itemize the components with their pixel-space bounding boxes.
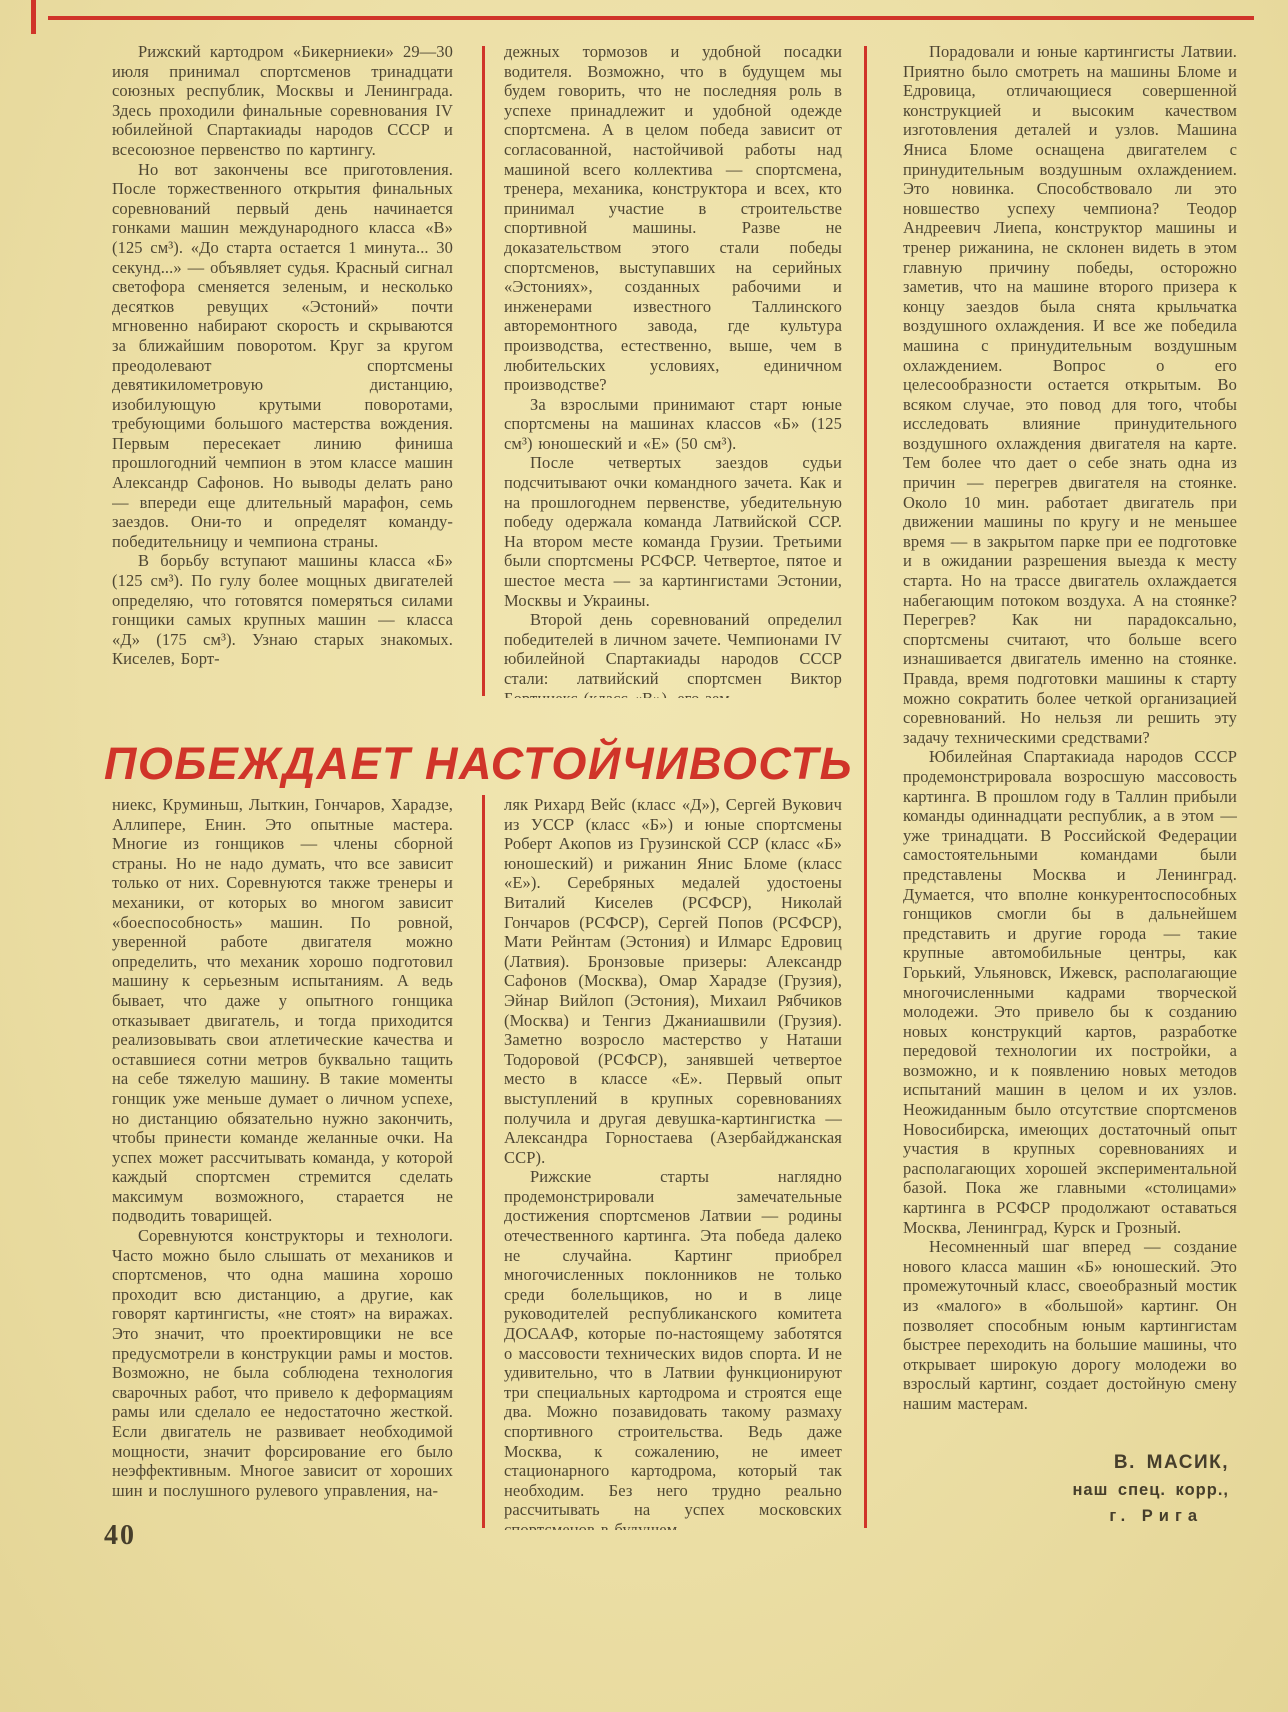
- article-paragraph: дежных тормозов и удобной посадки водите…: [504, 42, 842, 395]
- author-name: В. МАСИК,: [903, 1452, 1229, 1474]
- article-paragraph: За взрослыми принимают старт юные спортс…: [504, 395, 842, 454]
- article-paragraph: Соревнуются конструкторы и технологи. Ча…: [112, 1226, 453, 1500]
- column-2-top: дежных тормозов и удобной посадки водите…: [504, 42, 842, 698]
- article-headline: ПОБЕЖДАЕТ НАСТОЙЧИВОСТЬ: [104, 738, 844, 790]
- column-divider: [482, 795, 485, 1528]
- page-number: 40: [104, 1520, 136, 1552]
- magazine-page: Рижский картодром «Бикерниеки» 29—30 июл…: [0, 0, 1288, 1712]
- article-paragraph: Несомненный шаг вперед — создание нового…: [903, 1237, 1237, 1413]
- column-1-bottom: ниекс, Круминьш, Лыткин, Гончаров, Харад…: [112, 795, 453, 1509]
- author-role: наш спец. корр.,: [903, 1481, 1229, 1500]
- top-rule: [48, 16, 1254, 20]
- article-paragraph: Но вот закончены все приготовления. Посл…: [112, 160, 453, 552]
- article-paragraph: В борьбу вступают машины класса «Б» (125…: [112, 551, 453, 669]
- article-paragraph: Порадовали и юные картингисты Латвии. Пр…: [903, 42, 1237, 747]
- article-paragraph: Юбилейная Спартакиада народов СССР проде…: [903, 747, 1237, 1237]
- article-paragraph: После четвертых заездов судьи подсчитыва…: [504, 453, 842, 610]
- author-city: г. Рига: [903, 1507, 1229, 1526]
- article-paragraph: ниекс, Круминьш, Лыткин, Гончаров, Харад…: [112, 795, 453, 1226]
- article-paragraph: Рижские старты наглядно продемонстрирова…: [504, 1167, 842, 1530]
- column-3: Порадовали и юные картингисты Латвии. Пр…: [903, 42, 1237, 1434]
- column-divider: [864, 46, 867, 1528]
- column-1-top: Рижский картодром «Бикерниеки» 29—30 июл…: [112, 42, 453, 698]
- column-divider: [482, 46, 485, 696]
- article-paragraph: Рижский картодром «Бикерниеки» 29—30 июл…: [112, 42, 453, 160]
- column-2-bottom: ляк Рихард Вейс (класс «Д»), Сергей Вуко…: [504, 795, 842, 1530]
- article-paragraph: Второй день соревнований определил побед…: [504, 610, 842, 698]
- author-signature: В. МАСИК, наш спец. корр., г. Рига: [903, 1452, 1229, 1526]
- corner-mark: [31, 0, 36, 34]
- article-paragraph: ляк Рихард Вейс (класс «Д»), Сергей Вуко…: [504, 795, 842, 1167]
